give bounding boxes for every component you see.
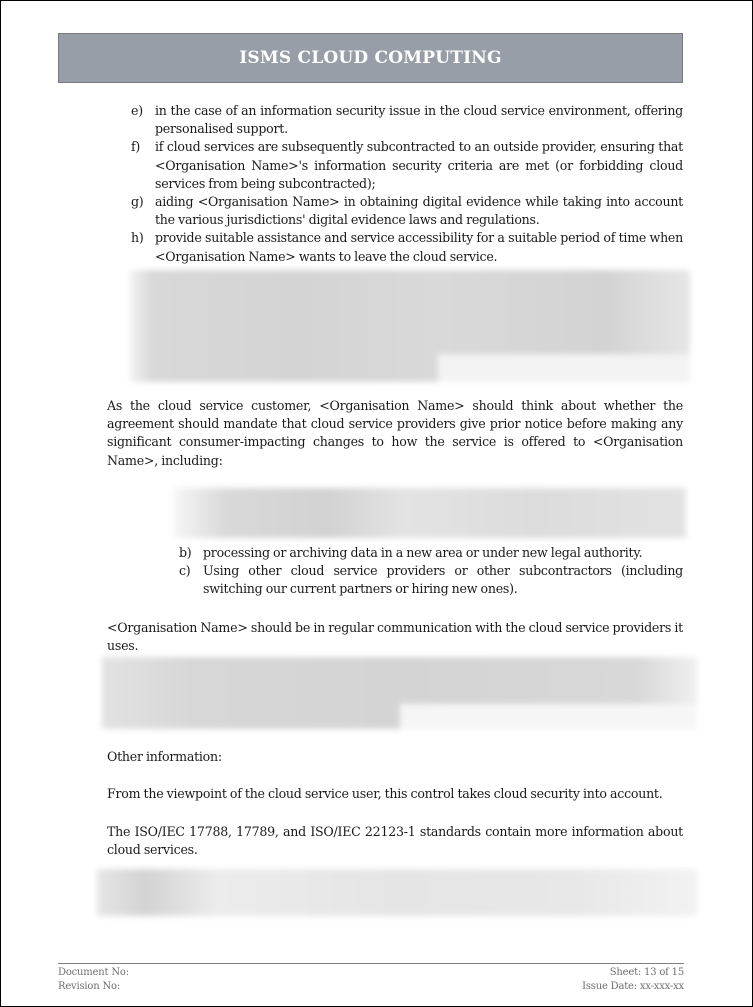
other-information-heading: Other information: [107, 748, 683, 766]
list-item-text: aiding <Organisation Name> in obtaining … [155, 194, 683, 227]
list-item: g) aiding <Organisation Name> in obtaini… [131, 193, 683, 229]
communication-paragraph: <Organisation Name> should be in regular… [107, 619, 683, 655]
list-item: e) in the case of an information securit… [131, 102, 683, 138]
list-marker: g) [131, 193, 143, 211]
list-marker: f) [131, 138, 140, 156]
service-changes-list: b) processing or archiving data in a new… [179, 544, 683, 599]
list-item: h) provide suitable assistance and servi… [131, 229, 683, 265]
sheet-number: Sheet: 13 of 15 [610, 966, 684, 980]
standards-paragraph: The ISO/IEC 17788, 17789, and ISO/IEC 22… [107, 823, 683, 859]
list-item-text: if cloud services are subsequently subco… [155, 139, 683, 190]
list-item: f) if cloud services are subsequently su… [131, 138, 683, 193]
list-item-text: provide suitable assistance and service … [155, 230, 683, 263]
redacted-content-block [97, 869, 697, 916]
list-item-text: in the case of an information security i… [155, 103, 683, 136]
list-marker: b) [179, 544, 191, 562]
header-banner: ISMS CLOUD COMPUTING [58, 33, 683, 83]
redacted-content-block [102, 657, 697, 729]
list-marker: e) [131, 102, 143, 120]
list-item: c) Using other cloud service providers o… [179, 562, 683, 598]
customer-notice-paragraph: As the cloud service customer, <Organisa… [107, 397, 683, 470]
list-marker: c) [179, 562, 190, 580]
cloud-provider-obligations-list: e) in the case of an information securit… [131, 102, 683, 266]
document-number-label: Document No: [58, 966, 129, 980]
viewpoint-paragraph: From the viewpoint of the cloud service … [107, 785, 683, 803]
redacted-content-block [174, 488, 686, 538]
document-page: ISMS CLOUD COMPUTING e) in the case of a… [0, 0, 753, 1007]
list-item: b) processing or archiving data in a new… [179, 544, 683, 562]
issue-date: Issue Date: xx-xxx-xx [582, 980, 684, 994]
revision-number-label: Revision No: [58, 980, 120, 994]
page-footer: Document No: Sheet: 13 of 15 Revision No… [58, 963, 684, 994]
redacted-content-block [130, 270, 690, 382]
list-marker: h) [131, 229, 144, 247]
list-item-text: Using other cloud service providers or o… [203, 563, 683, 596]
document-title: ISMS CLOUD COMPUTING [239, 48, 501, 68]
list-item-text: processing or archiving data in a new ar… [203, 545, 642, 560]
